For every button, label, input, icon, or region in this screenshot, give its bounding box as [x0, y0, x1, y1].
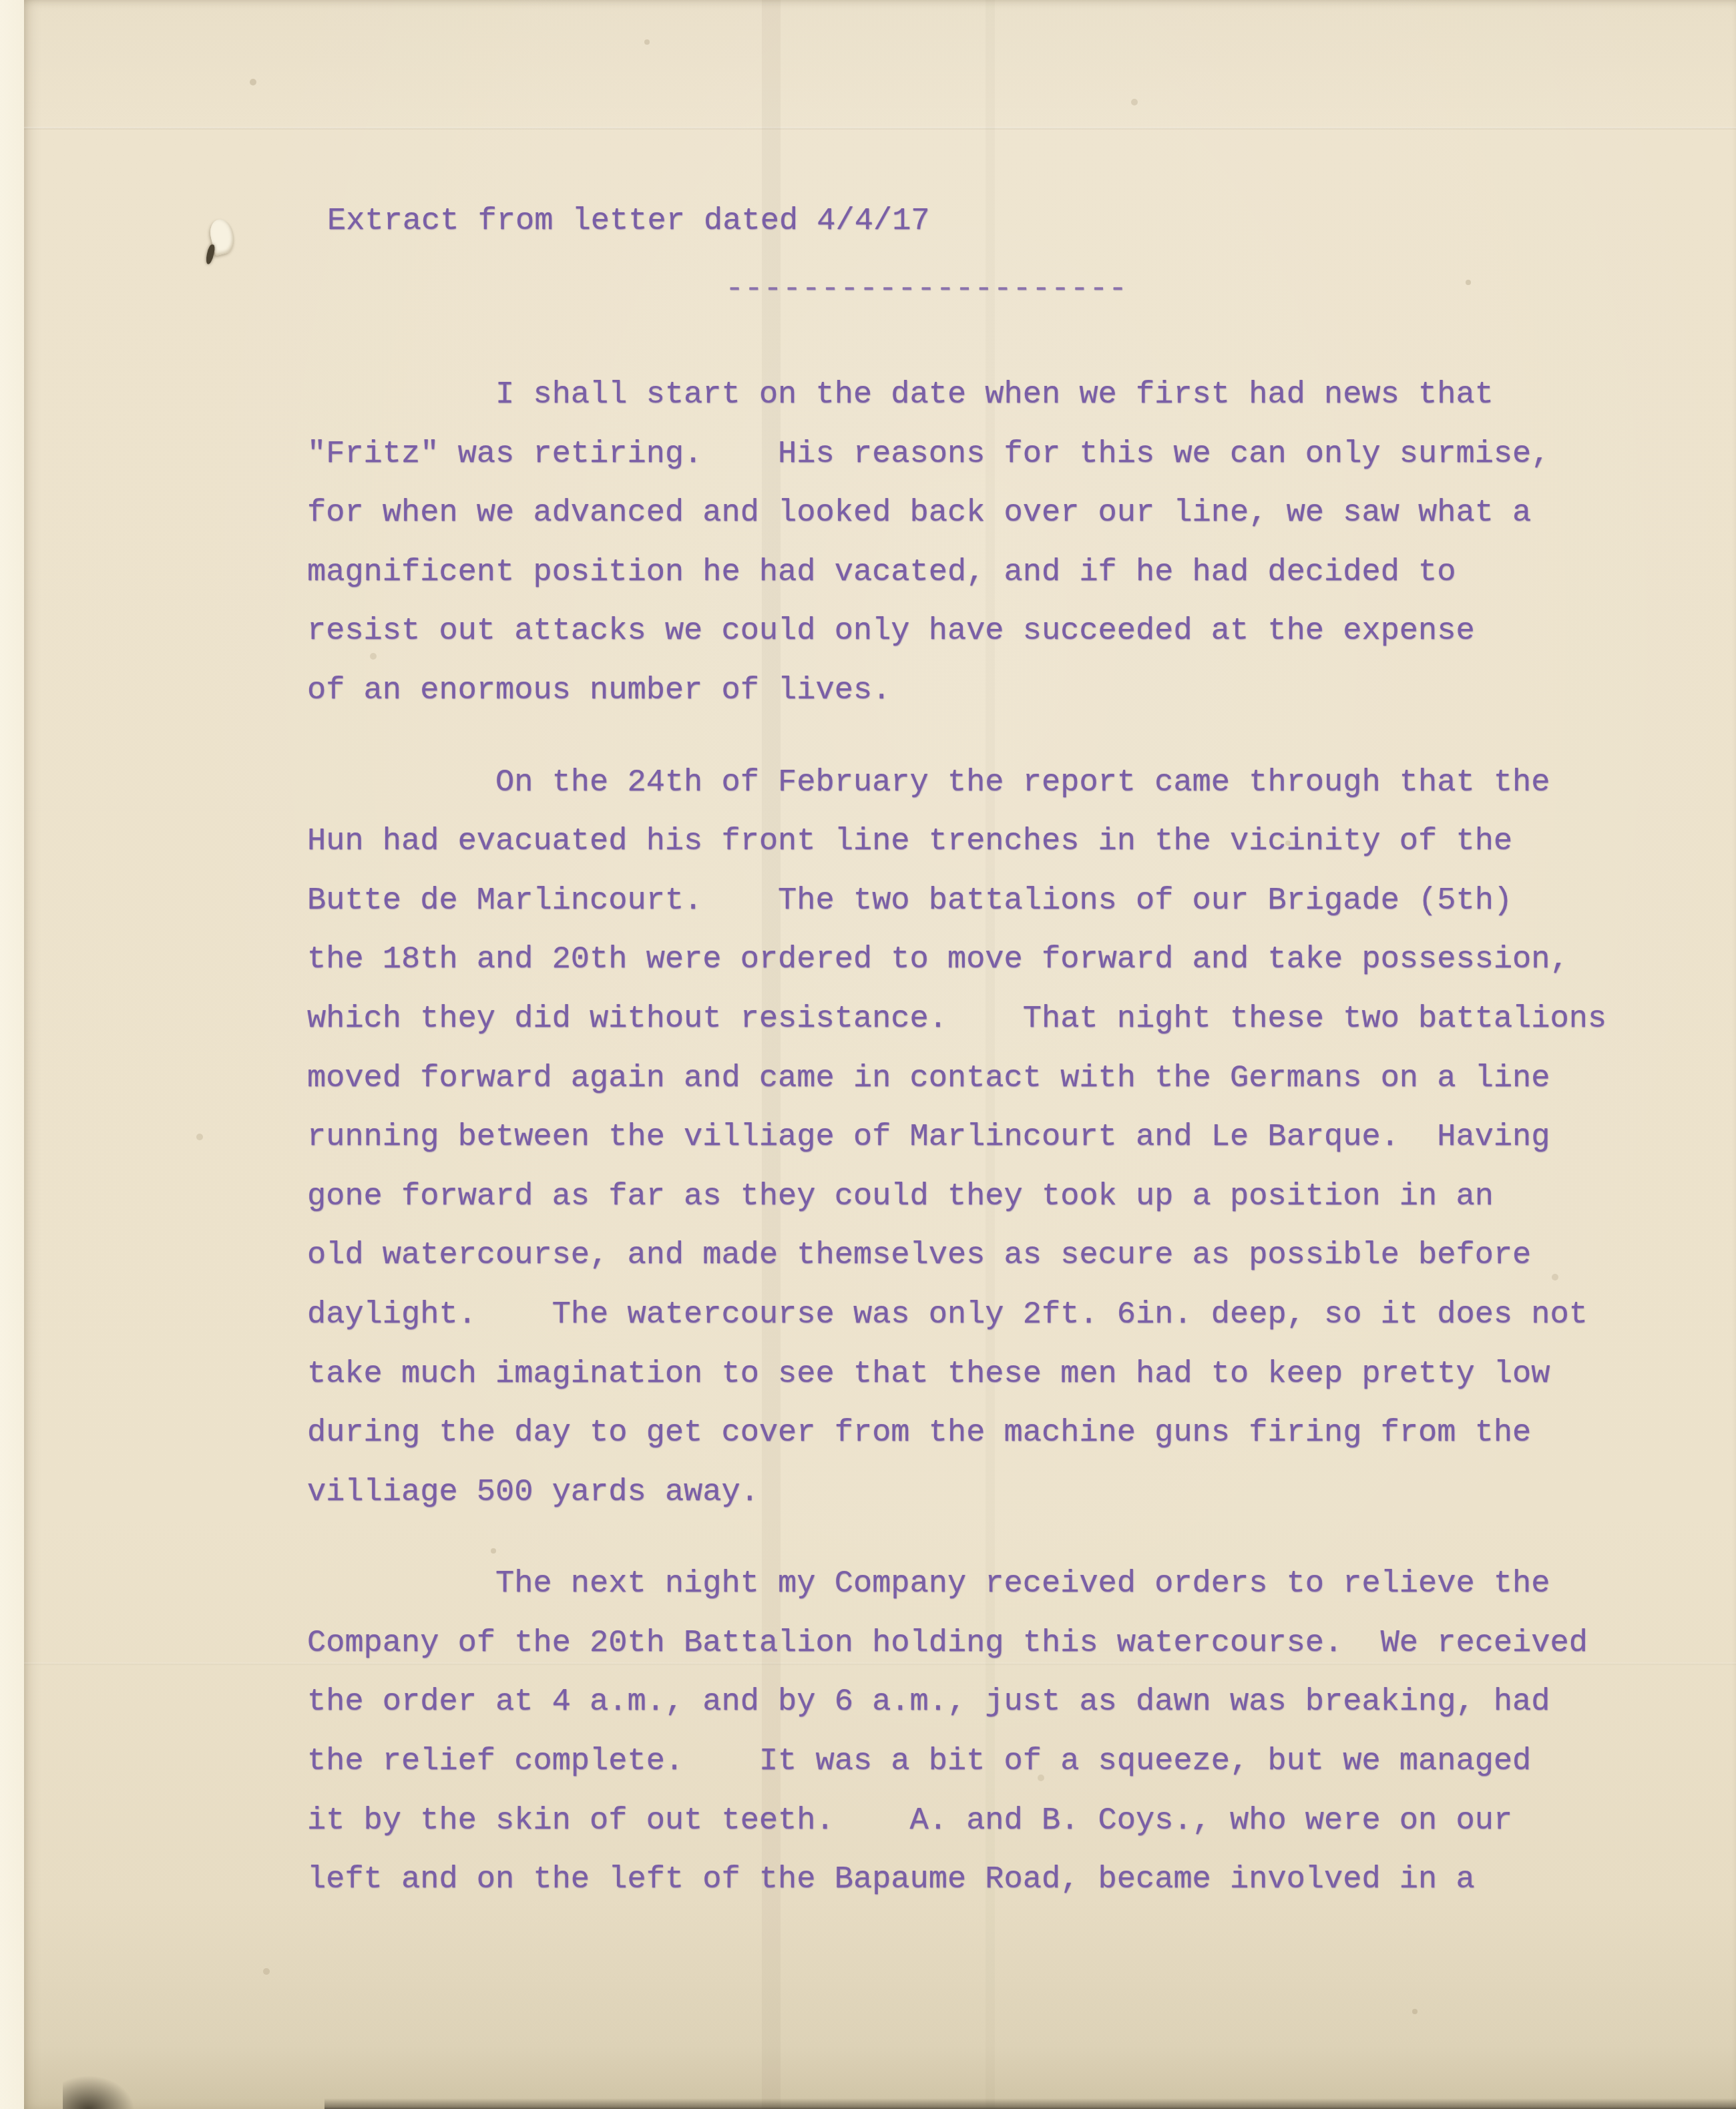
letter-heading: Extract from letter dated 4/4/17: [327, 206, 930, 237]
letter-body: I shall start on the date when we first …: [307, 366, 1606, 1910]
letter-line: villiage 500 yards away.: [307, 1463, 1606, 1523]
letter-line: of an enormous number of lives.: [307, 662, 1606, 721]
paper-sheet: Extract from letter dated 4/4/17 -------…: [24, 0, 1736, 2109]
letter-line: resist out attacks we could only have su…: [307, 602, 1606, 662]
letter-paragraph: The next night my Company received order…: [307, 1555, 1606, 1910]
pinhole-crack: [205, 244, 216, 264]
letter-line: The next night my Company received order…: [307, 1555, 1606, 1614]
letter-line: the order at 4 a.m., and by 6 a.m., just…: [307, 1673, 1606, 1732]
letter-line: running between the villiage of Marlinco…: [307, 1108, 1606, 1168]
heading-divider: ---------------------: [725, 274, 1128, 305]
letter-line: Company of the 20th Battalion holding th…: [307, 1614, 1606, 1674]
scanned-letter-page: Extract from letter dated 4/4/17 -------…: [0, 0, 1736, 2109]
letter-line: daylight. The watercourse was only 2ft. …: [307, 1286, 1606, 1345]
paper-speckles: [24, 0, 28, 4]
letter-line: it by the skin of out teeth. A. and B. C…: [307, 1792, 1606, 1851]
letter-paragraph: I shall start on the date when we first …: [307, 366, 1606, 721]
letter-line: magnificent position he had vacated, and…: [307, 543, 1606, 603]
letter-line: for when we advanced and looked back ove…: [307, 484, 1606, 543]
pinhole: [206, 215, 236, 267]
letter-line: moved forward again and came in contact …: [307, 1049, 1606, 1109]
letter-line: the relief complete. It was a bit of a s…: [307, 1732, 1606, 1792]
letter-line: left and on the left of the Bapaume Road…: [307, 1851, 1606, 1910]
letter-line: Butte de Marlincourt. The two battalions…: [307, 872, 1606, 931]
corner-smudge: [63, 2074, 136, 2109]
letter-paragraph: On the 24th of February the report came …: [307, 754, 1606, 1523]
letter-line: take much imagination to see that these …: [307, 1345, 1606, 1405]
letter-line: "Fritz" was retiring. His reasons for th…: [307, 425, 1606, 485]
letter-line: during the day to get cover from the mac…: [307, 1404, 1606, 1463]
letter-line: gone forward as far as they could they t…: [307, 1168, 1606, 1227]
letter-line: which they did without resistance. That …: [307, 990, 1606, 1049]
letter-line: Hun had evacuated his front line trenche…: [307, 812, 1606, 872]
paper-bottom-edge: [324, 2098, 1736, 2109]
letter-line: the 18th and 20th were ordered to move f…: [307, 931, 1606, 990]
letter-line: I shall start on the date when we first …: [307, 366, 1606, 425]
letter-line: On the 24th of February the report came …: [307, 754, 1606, 813]
letter-line: old watercourse, and made themselves as …: [307, 1226, 1606, 1286]
paper-crease: [24, 127, 1736, 130]
